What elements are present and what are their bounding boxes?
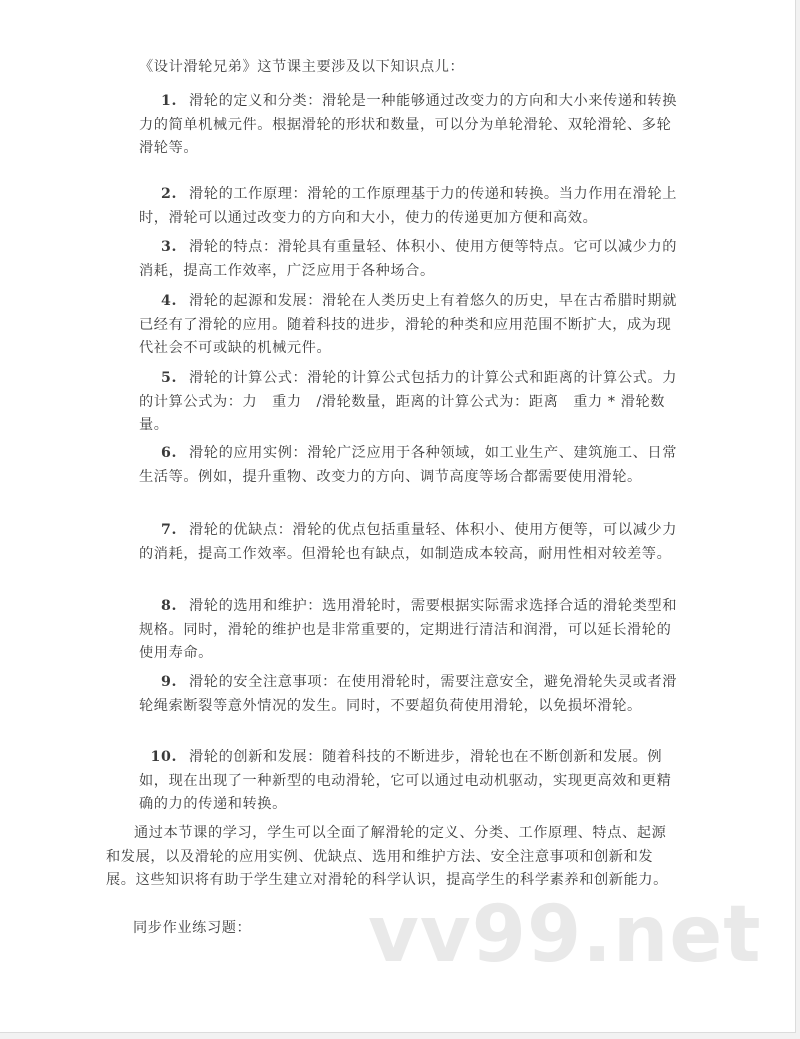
item-text: 滑轮的创新和发展：随着科技的不断进步，滑轮也在不断创新和发展。例如，现在出现了一… [139,749,671,812]
item-number: 1. [139,90,177,114]
item-text: 滑轮的起源和发展：滑轮在人类历史上有着悠久的历史，早在古希腊时期就已经有了滑轮的… [139,293,677,356]
list-item: 2.滑轮的工作原理：滑轮的工作原理基于力的传递和转换。当力作用在滑轮上时，滑轮可… [139,183,681,230]
document-page: 《设计滑轮兄弟》这节课主要涉及以下知识点儿： 1.滑轮的定义和分类：滑轮是一种能… [0,0,796,1033]
intro-line: 《设计滑轮兄弟》这节课主要涉及以下知识点儿： [139,56,681,80]
list-item: 10.滑轮的创新和发展：随着科技的不断进步，滑轮也在不断创新和发展。例如，现在出… [139,746,681,817]
list-item: 3.滑轮的特点：滑轮具有重量轻、体积小、使用方便等特点。它可以减少力的消耗，提高… [139,236,681,283]
watermark-text: vv99.net [368,895,762,975]
item-number: 10. [139,746,177,770]
item-number: 8. [139,595,177,619]
item-number: 4. [139,290,177,314]
item-text: 滑轮的定义和分类：滑轮是一种能够通过改变力的方向和大小来传递和转换力的简单机械元… [139,93,677,156]
item-number: 9. [139,671,177,695]
list-item: 4.滑轮的起源和发展：滑轮在人类历史上有着悠久的历史，早在古希腊时期就已经有了滑… [139,290,681,361]
item-text: 滑轮的工作原理：滑轮的工作原理基于力的传递和转换。当力作用在滑轮上时，滑轮可以通… [139,186,677,226]
item-number: 2. [139,183,177,207]
item-text: 滑轮的安全注意事项：在使用滑轮时，需要注意安全，避免滑轮失灵或者滑轮绳索断裂等意… [139,674,677,714]
list-item: 1.滑轮的定义和分类：滑轮是一种能够通过改变力的方向和大小来传递和转换力的简单机… [139,90,681,161]
item-text: 滑轮的计算公式：滑轮的计算公式包括力的计算公式和距离的计算公式。力的计算公式为：… [139,370,677,433]
list-item: 5.滑轮的计算公式：滑轮的计算公式包括力的计算公式和距离的计算公式。力的计算公式… [139,367,681,438]
summary-paragraph: 通过本节课的学习，学生可以全面了解滑轮的定义、分类、工作原理、特点、起源和发展，… [106,822,681,893]
item-text: 滑轮的应用实例：滑轮广泛应用于各种领域，如工业生产、建筑施工、日常生活等。例如，… [139,445,677,485]
list-item: 6.滑轮的应用实例：滑轮广泛应用于各种领域，如工业生产、建筑施工、日常生活等。例… [139,442,681,489]
item-text: 滑轮的特点：滑轮具有重量轻、体积小、使用方便等特点。它可以减少力的消耗，提高工作… [139,239,677,279]
item-text: 滑轮的选用和维护：选用滑轮时，需要根据实际需求选择合适的滑轮类型和规格。同时，滑… [139,598,677,661]
item-number: 7. [139,519,177,543]
list-item: 9.滑轮的安全注意事项：在使用滑轮时，需要注意安全，避免滑轮失灵或者滑轮绳索断裂… [139,671,681,718]
list-item: 8.滑轮的选用和维护：选用滑轮时，需要根据实际需求选择合适的滑轮类型和规格。同时… [139,595,681,666]
item-number: 5. [139,367,177,391]
item-number: 3. [139,236,177,260]
list-item: 7.滑轮的优缺点：滑轮的优点包括重量轻、体积小、使用方便等，可以减少力的消耗，提… [139,519,681,566]
item-text: 滑轮的优缺点：滑轮的优点包括重量轻、体积小、使用方便等，可以减少力的消耗，提高工… [139,522,677,562]
item-number: 6. [139,442,177,466]
